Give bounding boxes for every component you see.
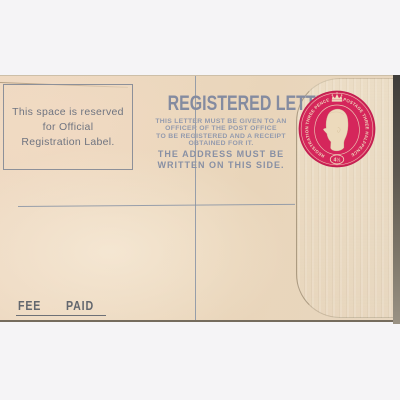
denomination-value: 4½ bbox=[333, 156, 341, 163]
fee-label: FEE bbox=[18, 298, 41, 313]
horizontal-rule-line bbox=[18, 204, 295, 208]
scan-edge-shadow bbox=[393, 75, 400, 324]
instruction-line: OBTAINED FOR IT. bbox=[143, 140, 299, 147]
address-note-line: WRITTEN ON THIS SIDE. bbox=[143, 160, 299, 171]
instruction-line: THIS LETTER MUST BE GIVEN TO AN bbox=[143, 118, 299, 125]
registration-box-line: Registration Label. bbox=[12, 135, 124, 150]
postal-instructions: THIS LETTER MUST BE GIVEN TO AN OFFICER … bbox=[143, 118, 299, 147]
registration-box-line: for Official bbox=[12, 120, 124, 135]
scanned-envelope-photo: This space is reserved for Official Regi… bbox=[0, 0, 400, 400]
paid-label: PAID bbox=[66, 298, 94, 313]
postage-stamp-graphic: REGISTRATION THREE PENCE POSTAGE THREE H… bbox=[297, 89, 377, 169]
denomination-badge: 4½ bbox=[330, 155, 343, 164]
instruction-line: TO BE REGISTERED AND A RECEIPT bbox=[143, 133, 299, 140]
envelope-front: This space is reserved for Official Regi… bbox=[0, 75, 393, 322]
registration-label-box: This space is reserved for Official Regi… bbox=[3, 84, 133, 170]
embossed-postage-stamp: REGISTRATION THREE PENCE POSTAGE THREE H… bbox=[297, 89, 377, 169]
address-note-line: THE ADDRESS MUST BE bbox=[143, 149, 299, 160]
registered-letter-heading: REGISTERED LETTER. bbox=[140, 92, 302, 116]
registration-box-line: This space is reserved bbox=[12, 105, 124, 120]
instruction-line: OFFICER OF THE POST OFFICE bbox=[143, 125, 299, 132]
fee-paid-marking: FEE PAID bbox=[16, 298, 106, 316]
address-side-note: THE ADDRESS MUST BE WRITTEN ON THIS SIDE… bbox=[143, 149, 299, 170]
